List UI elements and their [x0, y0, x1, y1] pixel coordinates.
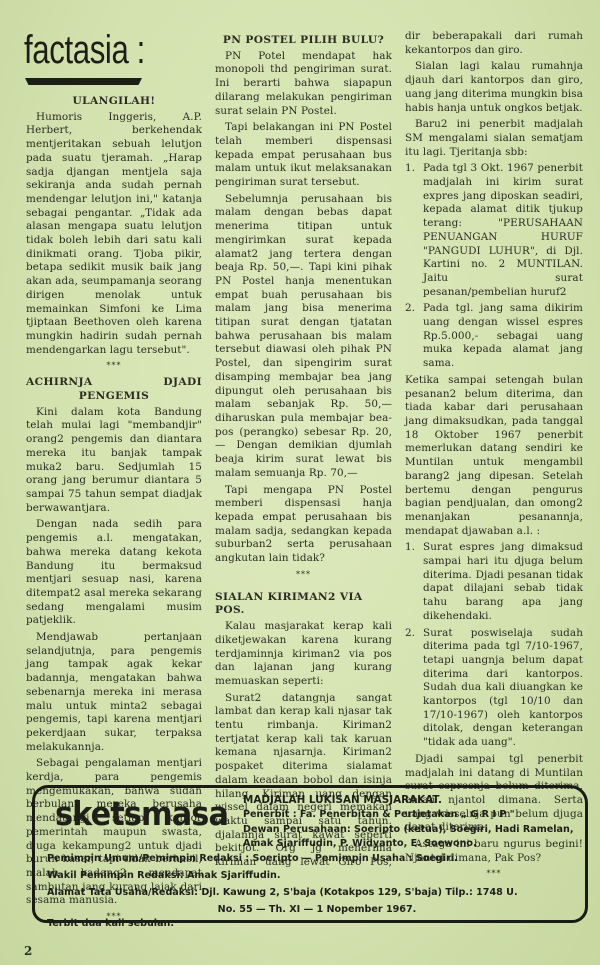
masthead-deputy-editor: Wakil Pemimpin Redaksi: Amak Sjariffudin… [47, 867, 587, 884]
list-item: 2. Pada tgl. jang sama dikirim uang deng… [405, 302, 583, 371]
section-divider: *** [26, 360, 202, 372]
page-number: 2 [24, 944, 32, 958]
article-paragraph: Tapi belakangan ini PN Postel telah memb… [215, 121, 392, 190]
list-text: Pada tgl 3 Okt. 1967 penerbit madjalah i… [423, 162, 583, 299]
column-brand-title: factasia : [24, 28, 163, 72]
masthead-chief-editor: Pemimpin Umum/Pemimpin Redaksi : Soeript… [47, 850, 587, 867]
article-paragraph: Sebelumnja perusahaan bis malam dengan b… [215, 193, 392, 481]
article-paragraph: Sialan lagi kalau rumahnja djauh dari ka… [405, 60, 583, 115]
headline-pn-postel: PN POSTEL PILIH BULU? [215, 34, 392, 48]
article-paragraph: Ketika sampai setengah bulan pesanan2 be… [405, 374, 583, 538]
article-paragraph: PN Potel mendapat hak monopoli thd pengi… [215, 50, 392, 119]
sketsmasa-logo: sketsmasa [55, 794, 228, 834]
article-paragraph: Dengan nada sedih para pengemis a.l. men… [26, 518, 202, 628]
article-paragraph: Kini dalam kota Bandung telah mulai lagi… [26, 406, 202, 516]
list-text: Surat poswiselaja sudah diterima pada tg… [423, 627, 583, 750]
list-number: 1. [405, 162, 423, 299]
article-paragraph-continued: dir beberapakali dari rumah kekantorpos … [405, 30, 583, 57]
article-paragraph: Mendjawab pertanjaan selandjutnja, para … [26, 631, 202, 754]
list-number: 2. [405, 627, 423, 750]
headline-ulangilah: ULANGILAH! [26, 95, 202, 109]
masthead-publisher: Penerbit : Fa. Penerbitan & Pertjetakan … [243, 808, 583, 822]
masthead-box: sketsmasa MADJALAH LUKISAN MASJARAKAT. P… [32, 785, 588, 923]
list-text: Pada tgl. jang sama dikirim uang dengan … [423, 302, 583, 371]
masthead-board-line-1: Dewan Perusahaan: Soeripto (ketua), Soeg… [243, 823, 583, 837]
article-paragraph: Baru2 ini penerbit madjalah SM mengalami… [405, 118, 583, 159]
headline-sialan: SIALAN KIRIMAN2 VIA POS. [215, 591, 392, 618]
masthead-tagline: MADJALAH LUKISAN MASJARAKAT. [243, 794, 583, 808]
masthead-address: Alamat Tata Usaha/Redaksi: Djl. Kawung 2… [47, 884, 587, 901]
list-item: 1. Surat espres jang dimaksud sampai har… [405, 541, 583, 623]
list-item: 1. Pada tgl 3 Okt. 1967 penerbit madjala… [405, 162, 583, 299]
masthead-board-line-2: Amak Sjariffudin, P. Widyanto, E. Soewon… [243, 837, 583, 851]
article-paragraph: Tapi mengapa PN Postel memberi dispensas… [215, 484, 392, 566]
list-item: 2. Surat poswiselaja sudah diterima pada… [405, 627, 583, 750]
column-2: PN POSTEL PILIH BULU? PN Potel mendapat … [215, 30, 392, 873]
list-number: 1. [405, 541, 423, 623]
article-paragraph: Kalau masjarakat kerap kali diketjewakan… [215, 620, 392, 689]
masthead-staff-info: Pemimpin Umum/Pemimpin Redaksi : Soeript… [47, 850, 587, 932]
brand-underline-rule [25, 78, 142, 85]
column-3: dir beberapakali dari rumah kekantorpos … [405, 30, 583, 883]
list-text: Surat espres jang dimaksud sampai hari i… [423, 541, 583, 623]
list-number: 2. [405, 302, 423, 371]
article-paragraph: Humoris Inggeris, A.P. Herbert, berkehen… [26, 111, 202, 358]
headline-achirnja: ACHIRNJA DJADI PENGEMIS [26, 376, 202, 403]
section-divider: *** [215, 569, 392, 581]
masthead-publisher-info: MADJALAH LUKISAN MASJARAKAT. Penerbit : … [243, 794, 583, 850]
